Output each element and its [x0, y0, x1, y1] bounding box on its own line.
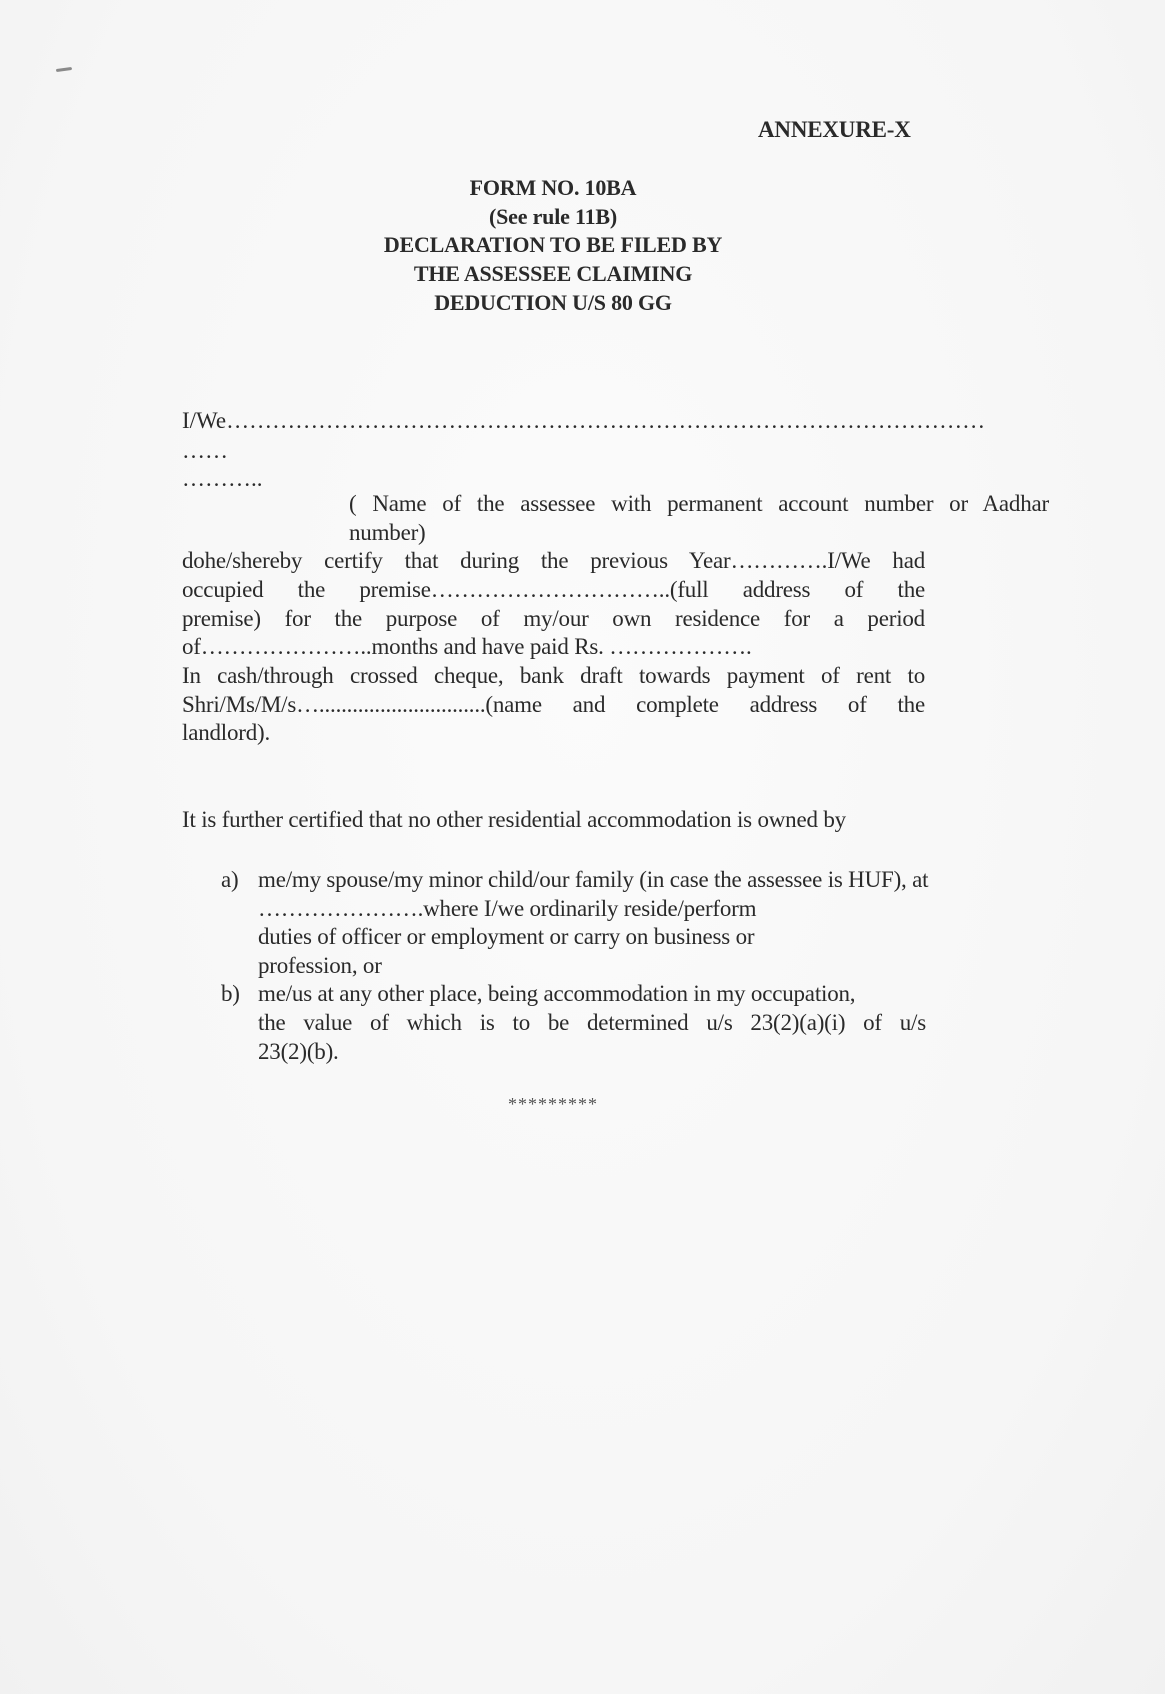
list-item-line: 23(2)(b). — [258, 1038, 339, 1066]
form-title-line-3: DEDUCTION U/S 80 GG — [0, 289, 1106, 317]
list-item-label: b) — [221, 980, 240, 1008]
list-item-line: me/us at any other place, being accommod… — [258, 980, 855, 1008]
rule-reference: (See rule 11B) — [0, 203, 1106, 231]
certification-line: In cash/through crossed cheque, bank dra… — [182, 662, 925, 690]
further-certification-intro: It is further certified that no other re… — [182, 806, 846, 834]
list-item-line: the value of which is to be determined u… — [258, 1009, 926, 1037]
declarant-name-continuation: …… — [182, 437, 228, 465]
declarant-note: ( Name of the assessee with permanent ac… — [349, 490, 1049, 518]
certification-line: of…………………..months and have paid Rs. …………… — [182, 633, 752, 661]
certification-line: landlord). — [182, 719, 270, 747]
certification-line: premise) for the purpose of my/our own r… — [182, 605, 925, 633]
list-item-line: ………………….where I/we ordinarily reside/per… — [258, 895, 756, 923]
list-item-line: me/my spouse/my minor child/our family (… — [258, 866, 928, 894]
scan-mark — [56, 67, 72, 72]
declarant-name-continuation-2: ……….. — [182, 465, 263, 493]
annexure-label: ANNEXURE-X — [758, 116, 911, 144]
certification-line: dohe/shereby certify that during the pre… — [182, 547, 925, 575]
certification-line: Shri/Ms/M/s…............................… — [182, 691, 925, 719]
list-item-line: duties of officer or employment or carry… — [258, 923, 754, 951]
declarant-note-continuation: number) — [349, 519, 426, 547]
list-item-line: profession, or — [258, 952, 382, 980]
form-title-line-1: DECLARATION TO BE FILED BY — [0, 231, 1106, 259]
document-page: ANNEXURE-X FORM NO. 10BA (See rule 11B) … — [0, 0, 1165, 1694]
form-number: FORM NO. 10BA — [0, 174, 1106, 202]
declarant-name-field: I/We……………………………………………………………………………………… — [182, 407, 1032, 435]
end-marker: ********* — [0, 1090, 1106, 1118]
list-item-label: a) — [221, 866, 238, 894]
form-title-line-2: THE ASSESSEE CLAIMING — [0, 260, 1106, 288]
certification-line: occupied the premise…………………………..(full ad… — [182, 576, 925, 604]
